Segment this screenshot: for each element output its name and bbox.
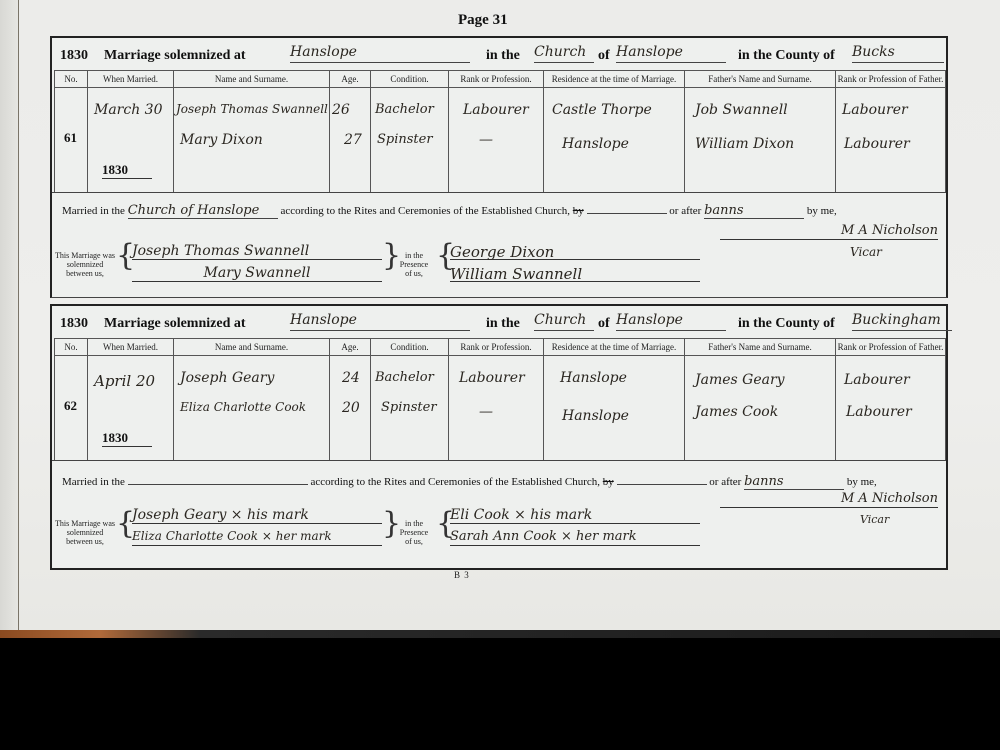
bride-rank: — bbox=[479, 404, 493, 420]
groom-age: 26 bbox=[332, 102, 350, 118]
officiant-title: Vicar bbox=[850, 245, 882, 259]
entry-solemnization-block: Married in the according to the Rites an… bbox=[52, 460, 946, 568]
entry-year: 1830 bbox=[60, 316, 88, 332]
label-this-marriage: This Marriage was solemnized between us, bbox=[54, 519, 116, 546]
witness-1-signature: George Dixon bbox=[450, 243, 700, 260]
groom-name: Joseph Thomas Swannell bbox=[176, 102, 328, 116]
col-header-age: Age. bbox=[330, 71, 371, 88]
register-page: Page 31 1830 Marriage solemnized at Hans… bbox=[0, 0, 1000, 636]
entry-church-word: Church bbox=[534, 312, 594, 331]
label-this-marriage: This Marriage was solemnized between us, bbox=[54, 251, 116, 278]
entry-parish: Hanslope bbox=[616, 312, 726, 331]
groom-signature: Joseph Thomas Swannell bbox=[132, 243, 382, 260]
label-by-me: by me, bbox=[847, 476, 877, 488]
groom-father-rank: Labourer bbox=[842, 102, 908, 118]
bride-rank: — bbox=[479, 132, 493, 148]
col-header-when: When Married. bbox=[88, 71, 174, 88]
officiant-signature: M A Nicholson bbox=[720, 491, 938, 508]
col-header-name: Name and Surname. bbox=[174, 339, 330, 356]
register-table: No. When Married. Name and Surname. Age.… bbox=[54, 70, 946, 192]
married-in-value bbox=[128, 471, 308, 485]
label-by: by bbox=[603, 476, 614, 488]
groom-signature: Joseph Geary × his mark bbox=[132, 507, 382, 524]
marriage-entry-61: 1830 Marriage solemnized at Hanslope in … bbox=[50, 36, 948, 298]
groom-age: 24 bbox=[342, 370, 360, 386]
col-header-condition: Condition. bbox=[371, 339, 449, 356]
table-row: 61 March 30 1830 Joseph Thomas Swannell … bbox=[55, 88, 946, 193]
bride-father: James Cook bbox=[695, 404, 778, 420]
bride-residence: Hanslope bbox=[562, 408, 629, 424]
bride-signature: Mary Swannell bbox=[132, 265, 382, 282]
when-year: 1830 bbox=[102, 162, 152, 179]
col-header-rank: Rank or Profession. bbox=[449, 71, 544, 88]
book-gutter bbox=[0, 0, 19, 636]
groom-residence: Hanslope bbox=[560, 370, 627, 386]
marriage-entry-62: 1830 Marriage solemnized at Hanslope in … bbox=[50, 304, 948, 570]
label-in-the: in the bbox=[486, 316, 520, 332]
bride-residence: Hanslope bbox=[562, 136, 629, 152]
label-county: in the County of bbox=[738, 316, 835, 332]
groom-condition: Bachelor bbox=[375, 370, 434, 385]
label-or-after: or after bbox=[669, 205, 701, 217]
bride-father-rank: Labourer bbox=[844, 136, 910, 152]
col-header-age: Age. bbox=[330, 339, 371, 356]
witness-2-signature: William Swannell bbox=[450, 265, 700, 282]
entry-place: Hanslope bbox=[290, 44, 470, 63]
entry-parish: Hanslope bbox=[616, 44, 726, 63]
register-table: No. When Married. Name and Surname. Age.… bbox=[54, 338, 946, 460]
groom-rank: Labourer bbox=[459, 370, 525, 386]
bride-age: 27 bbox=[344, 132, 362, 148]
label-of: of bbox=[598, 316, 610, 332]
col-header-residence: Residence at the time of Marriage. bbox=[544, 71, 685, 88]
entry-church-word: Church bbox=[534, 44, 594, 63]
after-value: banns bbox=[744, 474, 844, 490]
officiant-signature: M A Nicholson bbox=[720, 223, 938, 240]
label-by-me: by me, bbox=[807, 205, 837, 217]
bride-age: 20 bbox=[342, 400, 360, 416]
entry-number: 62 bbox=[64, 398, 77, 414]
label-of: of bbox=[598, 48, 610, 64]
entry-year: 1830 bbox=[60, 48, 88, 64]
groom-name: Joseph Geary bbox=[180, 370, 274, 386]
label-rites: according to the Rites and Ceremonies of… bbox=[310, 476, 600, 488]
col-header-no: No. bbox=[55, 339, 88, 356]
married-in-line: Married in the Church of Hanslope accord… bbox=[62, 203, 837, 219]
col-header-father-rank: Rank or Profession of Father. bbox=[836, 339, 946, 356]
when-married: March 30 bbox=[94, 102, 163, 118]
bride-signature: Eliza Charlotte Cook × her mark bbox=[132, 529, 382, 546]
page-number: Page 31 bbox=[458, 12, 508, 29]
col-header-when: When Married. bbox=[88, 339, 174, 356]
when-married: April 20 bbox=[94, 372, 155, 390]
groom-father: James Geary bbox=[695, 372, 785, 388]
bride-name: Mary Dixon bbox=[180, 132, 263, 148]
label-married-in: Married in the bbox=[62, 205, 125, 217]
col-header-no: No. bbox=[55, 71, 88, 88]
label-solemnized: Marriage solemnized at bbox=[104, 48, 246, 64]
entry-header: 1830 Marriage solemnized at Hanslope in … bbox=[58, 42, 942, 68]
when-year: 1830 bbox=[102, 430, 152, 447]
col-header-name: Name and Surname. bbox=[174, 71, 330, 88]
label-married-in: Married in the bbox=[62, 476, 125, 488]
groom-father: Job Swannell bbox=[695, 102, 788, 118]
col-header-residence: Residence at the time of Marriage. bbox=[544, 339, 685, 356]
label-presence: in the Presence of us, bbox=[396, 519, 432, 546]
col-header-condition: Condition. bbox=[371, 71, 449, 88]
groom-father-rank: Labourer bbox=[844, 372, 910, 388]
married-in-value: Church of Hanslope bbox=[128, 203, 278, 219]
bride-father-rank: Labourer bbox=[846, 404, 912, 420]
groom-residence: Castle Thorpe bbox=[552, 102, 652, 118]
after-value: banns bbox=[704, 203, 804, 219]
label-or-after: or after bbox=[709, 476, 741, 488]
groom-condition: Bachelor bbox=[375, 102, 434, 117]
entry-county: Bucks bbox=[852, 44, 944, 63]
col-header-father-rank: Rank or Profession of Father. bbox=[836, 71, 946, 88]
bride-name: Eliza Charlotte Cook bbox=[180, 400, 306, 414]
officiant-title: Vicar bbox=[860, 513, 889, 526]
label-in-the: in the bbox=[486, 48, 520, 64]
groom-rank: Labourer bbox=[463, 102, 529, 118]
col-header-father: Father's Name and Surname. bbox=[685, 339, 836, 356]
signature-mark: B 3 bbox=[454, 570, 470, 580]
book-edge bbox=[0, 630, 1000, 638]
bride-father: William Dixon bbox=[695, 136, 794, 152]
entry-header: 1830 Marriage solemnized at Hanslope in … bbox=[58, 310, 942, 336]
entry-place: Hanslope bbox=[290, 312, 470, 331]
married-in-line: Married in the according to the Rites an… bbox=[62, 471, 877, 490]
label-rites: according to the Rites and Ceremonies of… bbox=[280, 205, 570, 217]
entry-county: Buckingham bbox=[852, 312, 952, 331]
col-header-father: Father's Name and Surname. bbox=[685, 71, 836, 88]
witness-1-signature: Eli Cook × his mark bbox=[450, 507, 700, 524]
witness-2-signature: Sarah Ann Cook × her mark bbox=[450, 529, 700, 546]
col-header-rank: Rank or Profession. bbox=[449, 339, 544, 356]
label-presence: in the Presence of us, bbox=[396, 251, 432, 278]
entry-solemnization-block: Married in the Church of Hanslope accord… bbox=[52, 192, 946, 297]
bride-condition: Spinster bbox=[377, 132, 433, 147]
label-by: by bbox=[573, 205, 584, 217]
label-solemnized: Marriage solemnized at bbox=[104, 316, 246, 332]
bride-condition: Spinster bbox=[381, 400, 437, 415]
label-county: in the County of bbox=[738, 48, 835, 64]
table-row: 62 April 20 1830 Joseph Geary Eliza Char… bbox=[55, 356, 946, 461]
entry-number: 61 bbox=[64, 130, 77, 146]
